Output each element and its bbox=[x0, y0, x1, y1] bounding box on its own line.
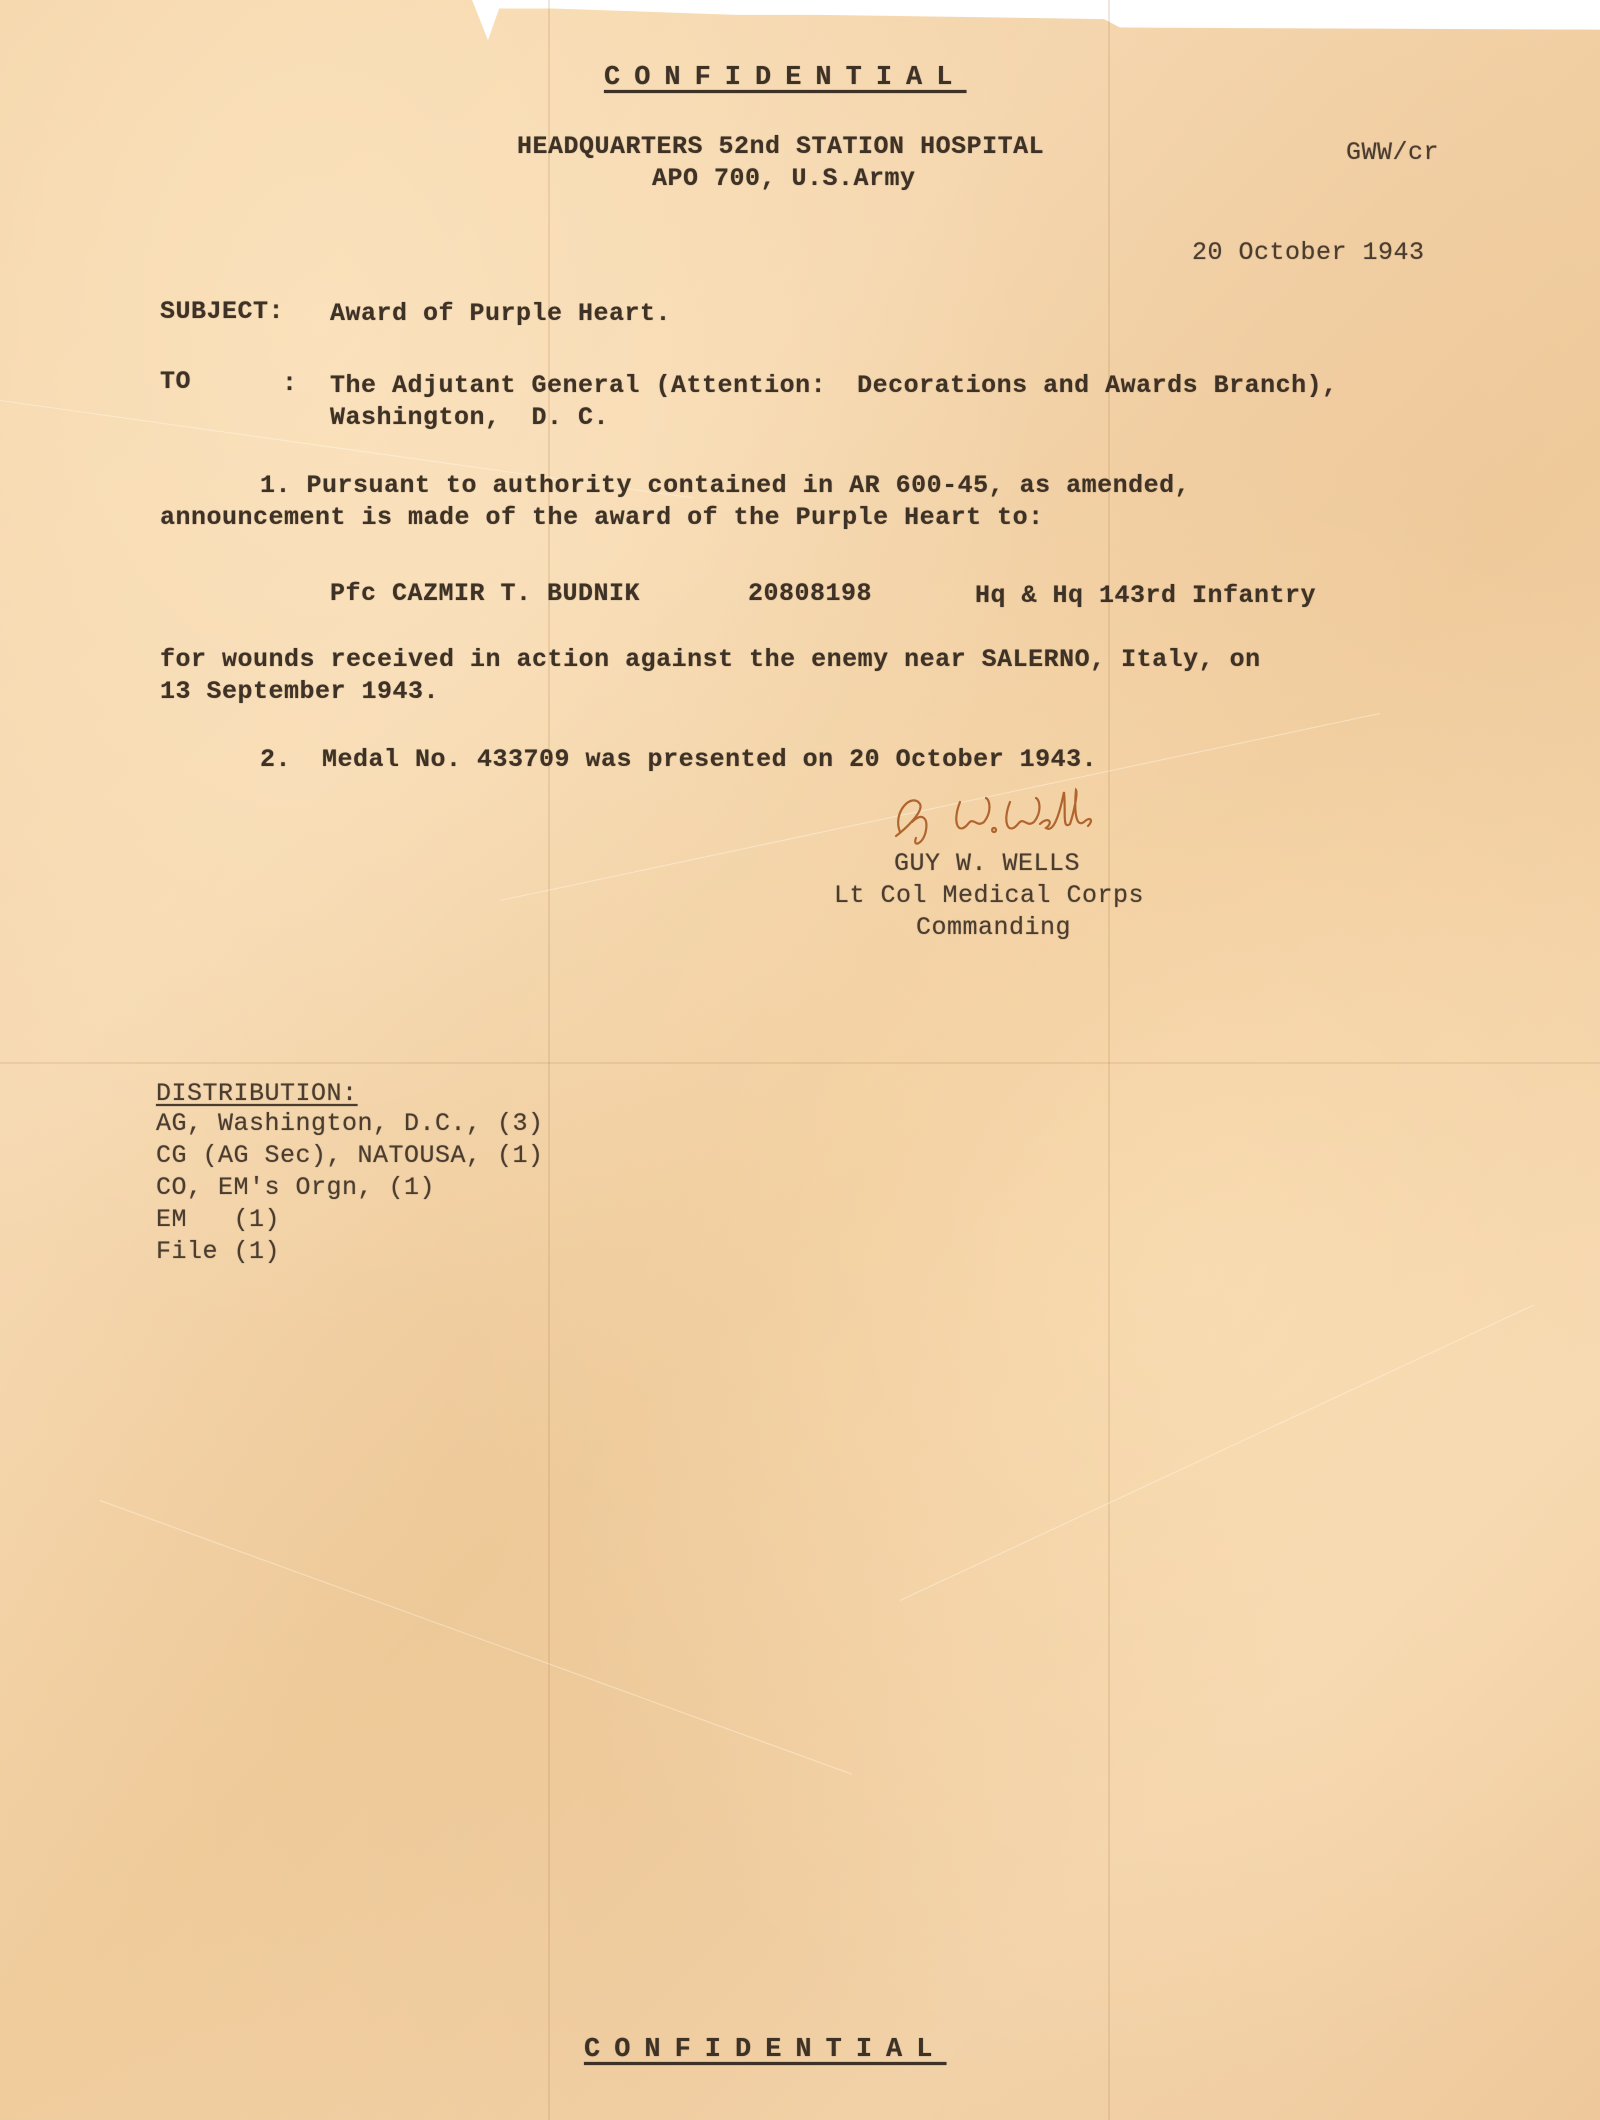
distribution-item: CG (AG Sec), NATOUSA, (1) bbox=[156, 1140, 544, 1172]
to-label: TO bbox=[160, 366, 191, 398]
distribution-item: File (1) bbox=[156, 1236, 280, 1268]
paragraph-2: 2. Medal No. 433709 was presented on 20 … bbox=[260, 744, 1097, 776]
classification-top: CONFIDENTIAL bbox=[604, 62, 966, 94]
paragraph-1-line-1: 1. Pursuant to authority contained in AR… bbox=[260, 470, 1190, 502]
signer-rank: Lt Col Medical Corps bbox=[834, 880, 1144, 912]
to-separator: : bbox=[282, 368, 298, 400]
fold-line bbox=[1108, 0, 1110, 2120]
document-date: 20 October 1943 bbox=[1192, 237, 1425, 269]
recipient-unit: Hq & Hq 143rd Infantry bbox=[975, 580, 1316, 612]
paragraph-1-line-2: announcement is made of the award of the… bbox=[160, 502, 1044, 534]
to-line-2: Washington, D. C. bbox=[330, 402, 609, 434]
distribution-item: CO, EM's Orgn, (1) bbox=[156, 1172, 435, 1204]
subject-value: Award of Purple Heart. bbox=[330, 298, 671, 330]
recipient-serial-number: 20808198 bbox=[748, 578, 872, 610]
fold-line bbox=[0, 1062, 1600, 1064]
reference-initials: GWW/cr bbox=[1346, 137, 1439, 169]
to-line-1: The Adjutant General (Attention: Decorat… bbox=[330, 370, 1338, 402]
distribution-heading: DISTRIBUTION: bbox=[156, 1078, 358, 1110]
distribution-item: AG, Washington, D.C., (3) bbox=[156, 1108, 544, 1140]
signer-name: GUY W. WELLS bbox=[894, 848, 1080, 880]
recipient-name: Pfc CAZMIR T. BUDNIK bbox=[330, 578, 640, 610]
header-address: APO 700, U.S.Army bbox=[652, 163, 916, 195]
distribution-item: EM (1) bbox=[156, 1204, 280, 1236]
paragraph-1-cont-line-1: for wounds received in action against th… bbox=[160, 644, 1261, 676]
subject-label: SUBJECT: bbox=[160, 296, 284, 328]
handwritten-signature bbox=[882, 782, 1142, 854]
classification-bottom: CONFIDENTIAL bbox=[584, 2034, 946, 2066]
header-organization: HEADQUARTERS 52nd STATION HOSPITAL bbox=[517, 131, 1044, 163]
signer-role: Commanding bbox=[916, 912, 1071, 944]
paragraph-1-cont-line-2: 13 September 1943. bbox=[160, 676, 439, 708]
